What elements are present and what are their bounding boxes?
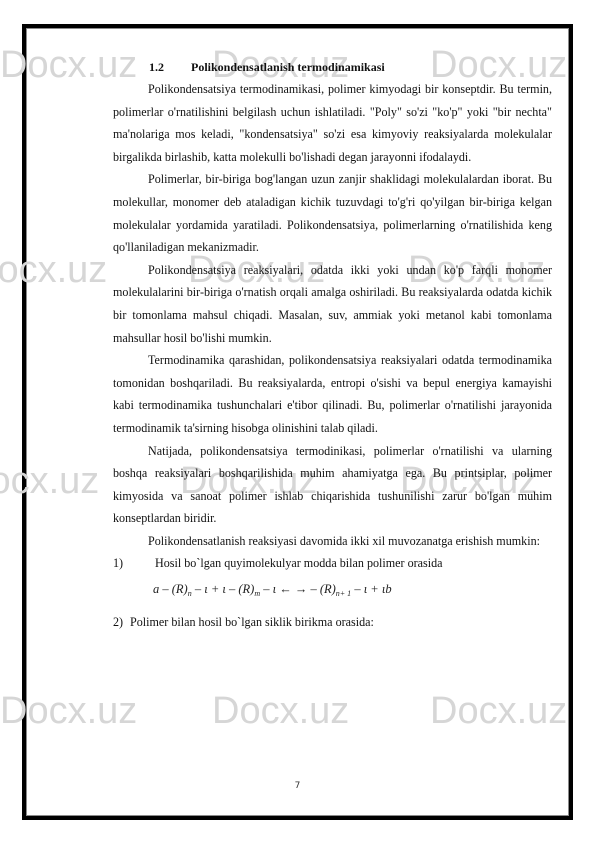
page-number: 7	[0, 781, 595, 791]
paragraph: Polikondensatlanish reaksiyasi davomida …	[113, 530, 552, 553]
document-body: 1.2Polikondensatlanish termodinamikasi P…	[113, 56, 552, 634]
list-item-text: Hosil bo`lgan quyimolekulyar modda bilan…	[155, 556, 443, 570]
paragraph: Polikondensatsiya termodinamikasi, polim…	[113, 78, 552, 168]
equation-term: a – (R)	[153, 582, 188, 596]
section-number: 1.2	[149, 56, 191, 78]
equation-term: – ι ← → – (R)	[260, 582, 336, 596]
list-item-text: Polimer bilan hosil bo`lgan siklik birik…	[130, 615, 374, 629]
paragraph: Natijada, polikondensatsiya termodinikas…	[113, 440, 552, 530]
paragraph: Polimerlar, bir-biriga bog'langan uzun z…	[113, 168, 552, 258]
list-marker: 1)	[113, 552, 155, 575]
section-title: Polikondensatlanish termodinamikasi	[191, 60, 385, 74]
equation-subscript: n+ 1	[336, 589, 351, 598]
section-heading: 1.2Polikondensatlanish termodinamikasi	[113, 56, 552, 78]
equation-term: – ι + ιb	[351, 582, 391, 596]
list-item: 1)Hosil bo`lgan quyimolekulyar modda bil…	[113, 552, 552, 575]
list-item: 2)Polimer bilan hosil bo`lgan siklik bir…	[113, 611, 552, 634]
list-marker: 2)	[113, 611, 130, 634]
paragraph: Polikondensatsiya reaksiyalari, odatda i…	[113, 259, 552, 349]
paragraph: Termodinamika qarashidan, polikondensats…	[113, 349, 552, 439]
equation-term: – ι + ι – (R)	[192, 582, 255, 596]
reaction-equation: a – (R)n – ι + ι – (R)m – ι ← → – (R)n+ …	[153, 577, 552, 601]
